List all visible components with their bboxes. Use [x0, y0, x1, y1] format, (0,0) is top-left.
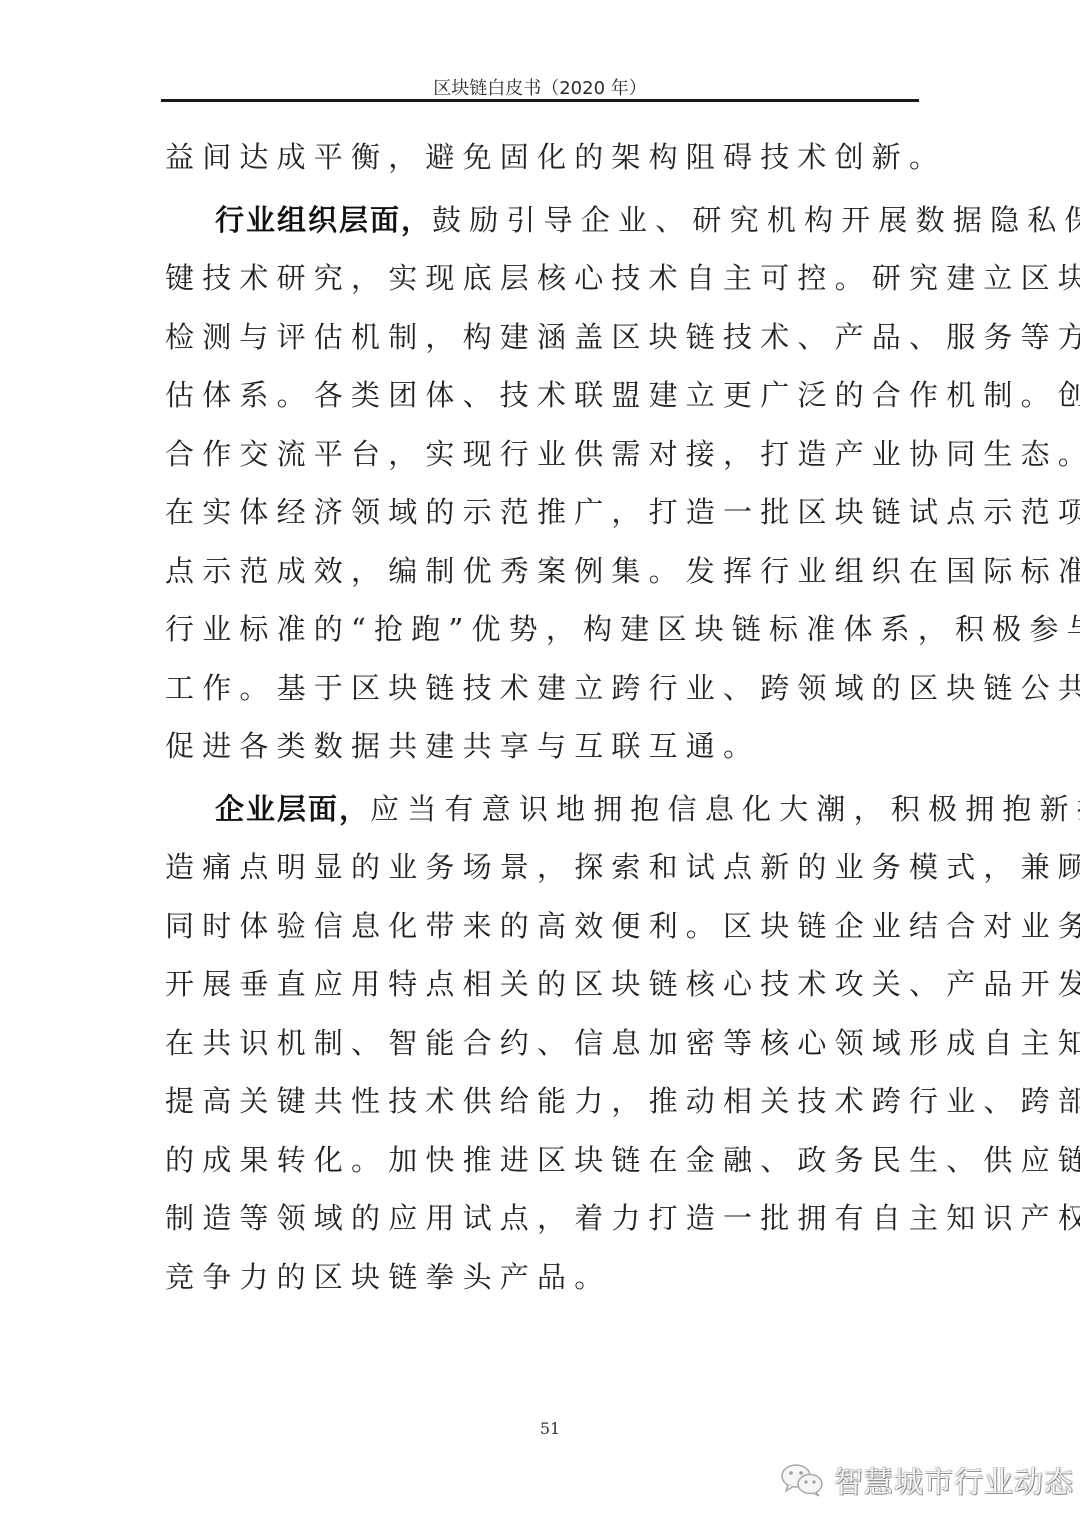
text-line: 益间达成平衡，避免固化的架构阻碍技术创新。 — [165, 128, 925, 187]
text-line: 点示范成效，编制优秀案例集。发挥行业组织在国际标准、国家标准、 — [165, 542, 925, 601]
wechat-icon — [780, 1462, 824, 1498]
text-line: 提高关键共性技术供给能力，推动相关技术跨行业、跨部门、跨地域 — [165, 1072, 925, 1131]
text-line: 键技术研究，实现底层核心技术自主可控。研究建立区块链产品检验 — [165, 249, 925, 308]
text-line-segment: 应当有意识地拥抱信息化大潮，积极拥抱新技术，改 — [370, 792, 1080, 826]
header-rule-divider — [161, 99, 919, 102]
text-line: 同时体验信息化带来的高效便利。区块链企业结合对业务逻辑的研究， — [165, 897, 925, 956]
watermark-text: 智慧城市行业动态 — [834, 1460, 1074, 1501]
paragraph-heading-enterprise: 企业层面， — [215, 792, 370, 826]
page-number: 51 — [500, 1419, 600, 1438]
text-line: 工作。基于区块链技术建立跨行业、跨领域的区块链公共服务平台， — [165, 659, 925, 718]
text-line: 制造等领域的应用试点，着力打造一批拥有自主知识产权、具有国际 — [165, 1189, 925, 1248]
text-line: 行业标准的“抢跑”优势，构建区块链标准体系，积极参与国际标准化 — [165, 600, 925, 659]
text-line: 检测与评估机制，构建涵盖区块链技术、产品、服务等方面的测试评 — [165, 308, 925, 367]
paragraph-first-line: 企业层面，应当有意识地拥抱信息化大潮，积极拥抱新技术，改 — [165, 780, 925, 839]
text-line: 在共识机制、智能合约、信息加密等核心领域形成自主知识产权体系， — [165, 1014, 925, 1073]
text-line: 估体系。各类团体、技术联盟建立更广泛的合作机制。创建政产学研 — [165, 366, 925, 425]
text-line: 的成果转化。加快推进区块链在金融、政务民生、供应链管理、智能 — [165, 1131, 925, 1190]
text-line: 在实体经济领域的示范推广，打造一批区块链试点示范项目，评估试 — [165, 483, 925, 542]
watermark: 智慧城市行业动态 — [780, 1458, 1074, 1502]
text-line-segment: 鼓励引导企业、研究机构开展数据隐私保护等关 — [432, 203, 1080, 237]
text-line: 开展垂直应用特点相关的区块链核心技术攻关、产品开发和集成测试， — [165, 955, 925, 1014]
paragraph-heading-industry-org: 行业组织层面， — [215, 203, 432, 237]
body-text: 益间达成平衡，避免固化的架构阻碍技术创新。 行业组织层面，鼓励引导企业、研究机构… — [165, 128, 925, 1306]
text-line: 促进各类数据共建共享与互联互通。 — [165, 717, 925, 776]
text-line: 合作交流平台，实现行业供需对接，打造产业协同生态。加快区块链 — [165, 425, 925, 484]
text-line: 造痛点明显的业务场景，探索和试点新的业务模式，兼顾业务质量的 — [165, 838, 925, 897]
paragraph-first-line: 行业组织层面，鼓励引导企业、研究机构开展数据隐私保护等关 — [165, 191, 925, 250]
text-line: 竞争力的区块链拳头产品。 — [165, 1248, 925, 1307]
running-header-title: 区块链白皮书（2020 年） — [160, 74, 920, 100]
